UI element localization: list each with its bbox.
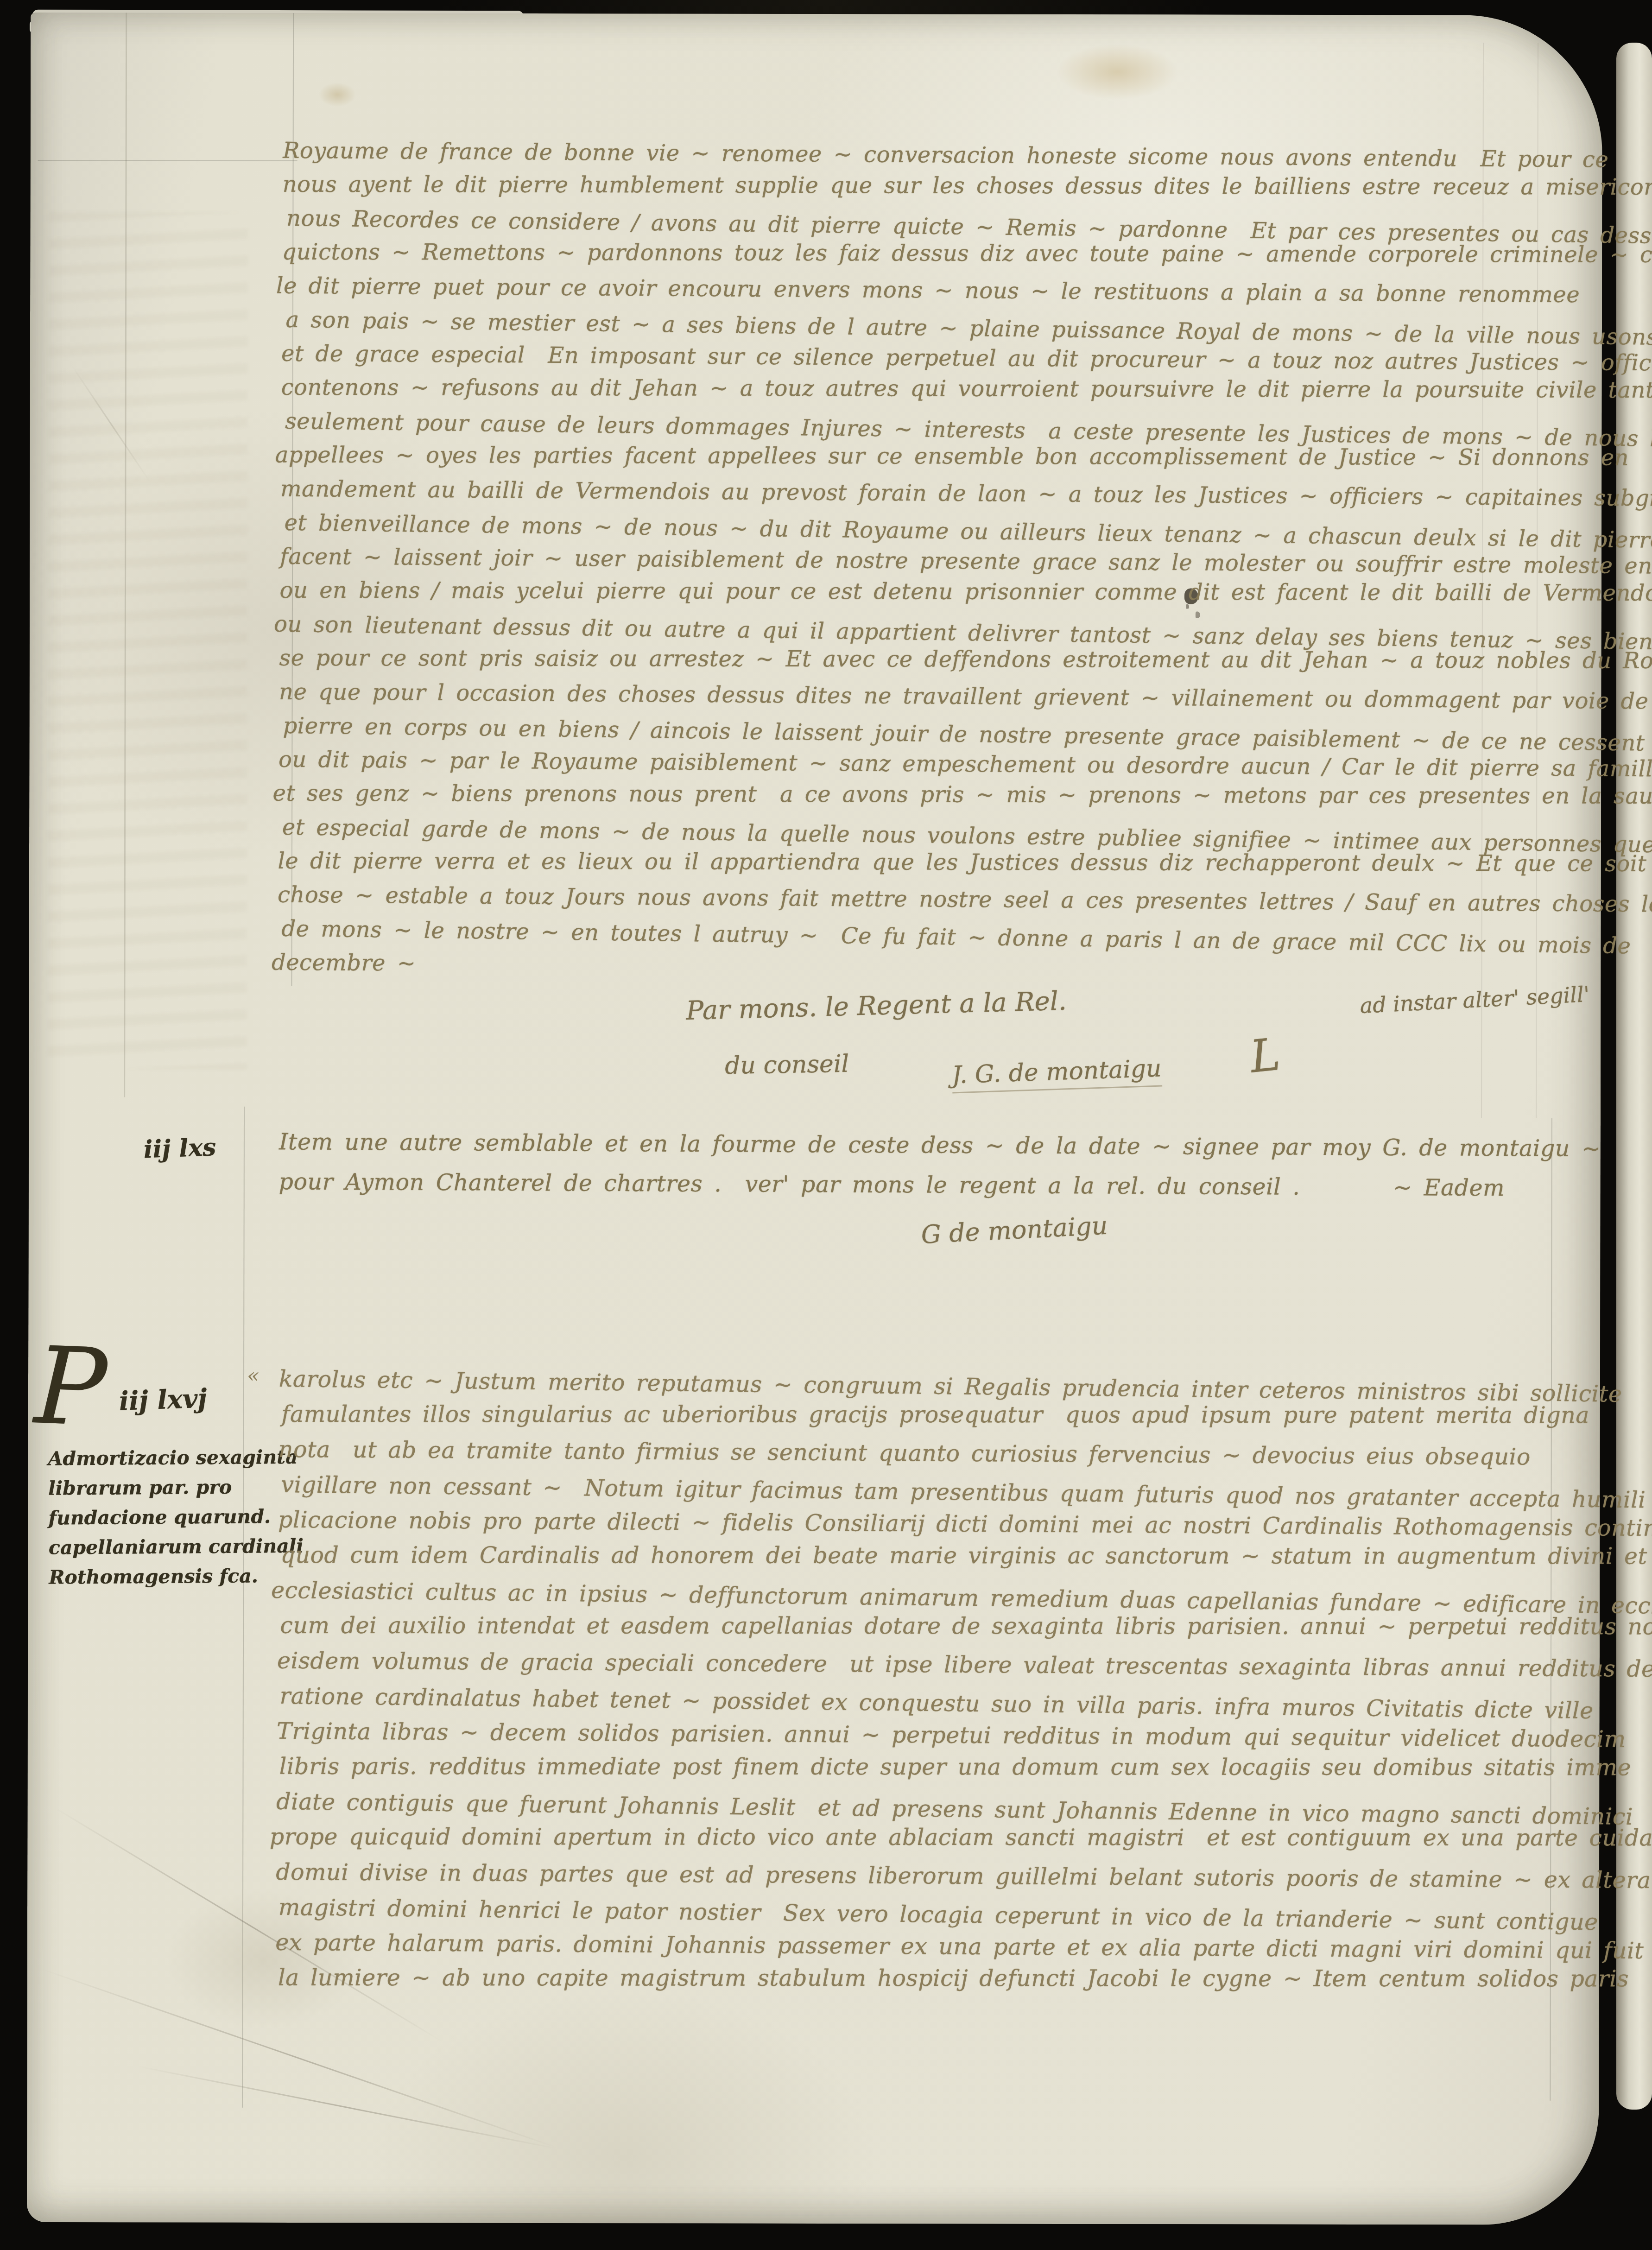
parchment-folio: Royaume de france de bonne vie ~ renomee… (27, 13, 1602, 2225)
text-line: cum dei auxilio intendat et easdem capel… (280, 1608, 1584, 1644)
text-line: nota ut ab ea tramite tanto firmius se s… (278, 1432, 1585, 1475)
entry-start-mark: « (247, 1364, 260, 1388)
text-line: quod cum idem Cardinalis ad honorem dei … (280, 1538, 1584, 1574)
stain (1057, 44, 1177, 100)
secretary-signature: G de montaigu (920, 1211, 1108, 1249)
entry2-text-block: Item une autre semblable et en la fourme… (278, 1122, 1549, 1208)
text-line: famulantes illos singularius ac uberiori… (281, 1397, 1585, 1433)
text-line: appellees ~ oyes les parties facent appe… (275, 438, 1574, 475)
text-line: prope quicquid domini apertum in dicto v… (270, 1819, 1583, 1856)
text-line: ou en biens / mais ycelui pierre qui pou… (280, 574, 1573, 610)
text-line: eisdem volumus de gracia speciali conced… (277, 1643, 1584, 1686)
margin-tax-note: iij lxvj (119, 1383, 208, 1416)
authorization-line: Par mons. le Regent a la Rel. (686, 986, 1067, 1026)
text-line: quictons ~ Remettons ~ pardonnons touz l… (282, 235, 1575, 272)
stain (319, 82, 356, 107)
text-line: se pour ce sont pris saisiz ou arrestez … (279, 641, 1572, 678)
text-line: capellaniarum cardinali (49, 1531, 308, 1563)
text-line: fundacione quarund. (48, 1502, 308, 1533)
entry1-text-block: Royaume de france de bonne vie ~ renomee… (277, 134, 1576, 989)
text-line: la lumiere ~ ab uno capite magistrum sta… (278, 1960, 1582, 1996)
text-line: Rothomagensis fca. (49, 1561, 308, 1592)
parchment-crease (138, 2066, 557, 2149)
text-line: le dit pierre verra et es lieux ou il ap… (278, 844, 1570, 881)
manuscript-photo: Royaume de france de bonne vie ~ renomee… (0, 0, 1652, 2250)
text-line: pour Aymon Chanterel de chartres . ver' … (278, 1162, 1548, 1208)
paraph-flourish: L (1248, 1028, 1283, 1083)
margin-tax-note: iij lxs (143, 1133, 216, 1164)
text-line: contenons ~ refusons au dit Jehan ~ a to… (281, 371, 1574, 407)
ruling-line-horizontal-margin (38, 160, 297, 161)
text-line: Item une autre semblable et en la fourme… (279, 1122, 1549, 1168)
text-line: nous ayent le dit pierre humblement supp… (283, 168, 1576, 204)
ink-bleedthrough (47, 212, 248, 1070)
council-line: du conseil (725, 1050, 849, 1080)
text-line: et ses genz ~ biens prenons nous prent a… (272, 777, 1571, 813)
text-line: libris paris. redditus immediate post fi… (279, 1749, 1583, 1785)
text-line: Admortizacio sexaginta (48, 1442, 307, 1474)
secretary-signature: J. G. de montaigu (951, 1054, 1162, 1093)
marginal-initial: P (33, 1333, 108, 1442)
text-line: librarum par. pro (48, 1472, 308, 1503)
text-line: domui divise in duas partes que est ad p… (276, 1855, 1582, 1898)
entry3-text-block: karolus etc ~ Justum merito reputamus ~ … (275, 1362, 1586, 2003)
margin-rubric-note: Admortizacio sexagintalibrarum par. prof… (48, 1442, 308, 1592)
